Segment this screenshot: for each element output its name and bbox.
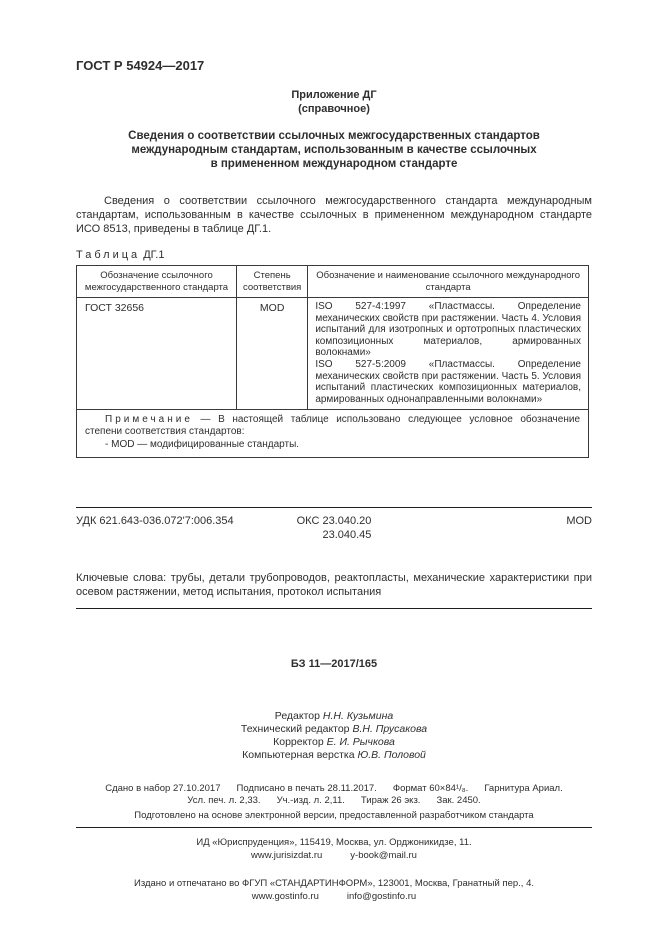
credit-role: Компьютерная верстка: [242, 749, 357, 761]
note-paragraph: Примечание — В настоящей таблице использ…: [85, 414, 580, 438]
correspondence-table: Обозначение ссылочного межгосударственно…: [76, 265, 589, 458]
imprint-print-date: Подписано в печать 28.11.2017.: [237, 783, 377, 795]
imprint-pub-sheets: Уч.-изд. л. 2,11.: [277, 795, 345, 807]
bz-code: БЗ 11—2017/165: [76, 658, 592, 670]
appendix-label: Приложение ДГ: [76, 88, 592, 102]
credit-name: В.Н. Прусакова: [352, 723, 427, 735]
title-line-2: международным стандартам, использованным…: [76, 143, 592, 157]
imprint-circulation: Тираж 26 экз.: [361, 795, 421, 807]
publisher-website: www.gostinfo.ru: [252, 891, 319, 904]
credit-name: Ю.В. Половой: [357, 749, 425, 761]
publisher-standartinform: Издано и отпечатано во ФГУП «СТАНДАРТИНФ…: [76, 878, 592, 903]
imprint-typeset-date: Сдано в набор 27.10.2017: [105, 783, 220, 795]
table-caption-number: ДГ.1: [143, 249, 164, 261]
publisher-email: info@gostinfo.ru: [347, 891, 416, 904]
column-header-degree: Степень соответствия: [237, 266, 308, 298]
note-item-mod: - MOD — модифицированные стандарты.: [85, 439, 580, 451]
credits-block: Редактор Н.Н. Кузьмина Технический редак…: [76, 710, 592, 762]
oks-codes: ОКС 23.040.20 23.040.45: [297, 514, 372, 542]
divider-above-udk: [76, 507, 592, 508]
publisher-contacts: www.jurisizdat.ru y-book@mail.ru: [76, 850, 592, 863]
publisher-contacts: www.gostinfo.ru info@gostinfo.ru: [76, 891, 592, 904]
cell-iso-standards: ISO 527-4:1997 «Пластмассы. Определение …: [308, 298, 589, 410]
credit-name: Е. И. Рычкова: [327, 736, 395, 748]
intro-paragraph: Сведения о соответствии ссылочного межго…: [76, 194, 592, 236]
udk-code: УДК 621.643-036.072'7:006.354: [76, 514, 297, 542]
table-header-row: Обозначение ссылочного межгосударственно…: [77, 266, 589, 298]
imprint-note: Подготовлено на основе электронной верси…: [76, 810, 592, 822]
table-note: Примечание — В настоящей таблице использ…: [77, 410, 589, 458]
credit-role: Редактор: [275, 710, 323, 722]
table-row: ГОСТ 32656 MOD ISO 527-4:1997 «Пластмасс…: [77, 298, 589, 410]
oks-code-1: ОКС 23.040.20: [297, 514, 372, 528]
iso-entry-1: ISO 527-4:1997 «Пластмассы. Определение …: [315, 301, 581, 359]
doc-number: ГОСТ Р 54924—2017: [76, 58, 592, 73]
credit-name: Н.Н. Кузьмина: [323, 710, 393, 722]
imprint-block: Сдано в набор 27.10.2017 Подписано в печ…: [76, 783, 592, 822]
publisher-address: Издано и отпечатано во ФГУП «СТАНДАРТИНФ…: [76, 878, 592, 891]
credit-role: Технический редактор: [241, 723, 353, 735]
keywords-paragraph: Ключевые слова: трубы, детали трубопрово…: [76, 571, 592, 599]
credit-technical-editor: Технический редактор В.Н. Прусакова: [76, 723, 592, 736]
column-header-gost: Обозначение ссылочного межгосударственно…: [77, 266, 237, 298]
imprint-print-sheets: Усл. печ. л. 2,33.: [187, 795, 260, 807]
publisher-address: ИД «Юриспруденция», 115419, Москва, ул. …: [76, 837, 592, 850]
cell-degree: MOD: [237, 298, 308, 410]
table-caption: Таблица ДГ.1: [76, 249, 592, 261]
credit-layout: Компьютерная верстка Ю.В. Половой: [76, 749, 592, 762]
credit-role: Корректор: [273, 736, 326, 748]
document-page: ГОСТ Р 54924—2017 Приложение ДГ (справоч…: [0, 0, 661, 935]
appendix-heading: Приложение ДГ (справочное): [76, 88, 592, 116]
oks-code-2: 23.040.45: [297, 528, 372, 542]
cell-gost-number: ГОСТ 32656: [77, 298, 237, 410]
divider-above-publishers: [76, 827, 592, 828]
imprint-line-2: Усл. печ. л. 2,33. Уч.-изд. л. 2,11. Тир…: [76, 795, 592, 807]
table-caption-word: Таблица: [76, 249, 140, 261]
iso-entry-2: ISO 527-5:2009 «Пластмассы. Определение …: [315, 359, 581, 405]
credit-editor: Редактор Н.Н. Кузьмина: [76, 710, 592, 723]
imprint-order-number: Зак. 2450.: [436, 795, 480, 807]
publisher-jurisprudencia: ИД «Юриспруденция», 115419, Москва, ул. …: [76, 837, 592, 862]
title-line-1: Сведения о соответствии ссылочных межгос…: [76, 129, 592, 143]
mod-marker: MOD: [371, 514, 592, 542]
classification-row: УДК 621.643-036.072'7:006.354 ОКС 23.040…: [76, 514, 592, 542]
appendix-type: (справочное): [76, 102, 592, 116]
publisher-email: y-book@mail.ru: [350, 850, 417, 863]
publisher-website: www.jurisizdat.ru: [251, 850, 322, 863]
divider-below-keywords: [76, 608, 592, 609]
table-note-row: Примечание — В настоящей таблице использ…: [77, 410, 589, 458]
title-line-3: в примененном международном стандарте: [76, 157, 592, 171]
credit-proofreader: Корректор Е. И. Рычкова: [76, 736, 592, 749]
page-title: Сведения о соответствии ссылочных межгос…: [76, 129, 592, 171]
imprint-typeface: Гарнитура Ариал.: [484, 783, 562, 795]
imprint-line-1: Сдано в набор 27.10.2017 Подписано в печ…: [76, 783, 592, 795]
page-content: ГОСТ Р 54924—2017 Приложение ДГ (справоч…: [76, 58, 592, 903]
column-header-iso: Обозначение и наименование ссылочного ме…: [308, 266, 589, 298]
note-label: Примечание: [105, 414, 193, 425]
imprint-format: Формат 60×84¹/₈.: [393, 783, 468, 795]
